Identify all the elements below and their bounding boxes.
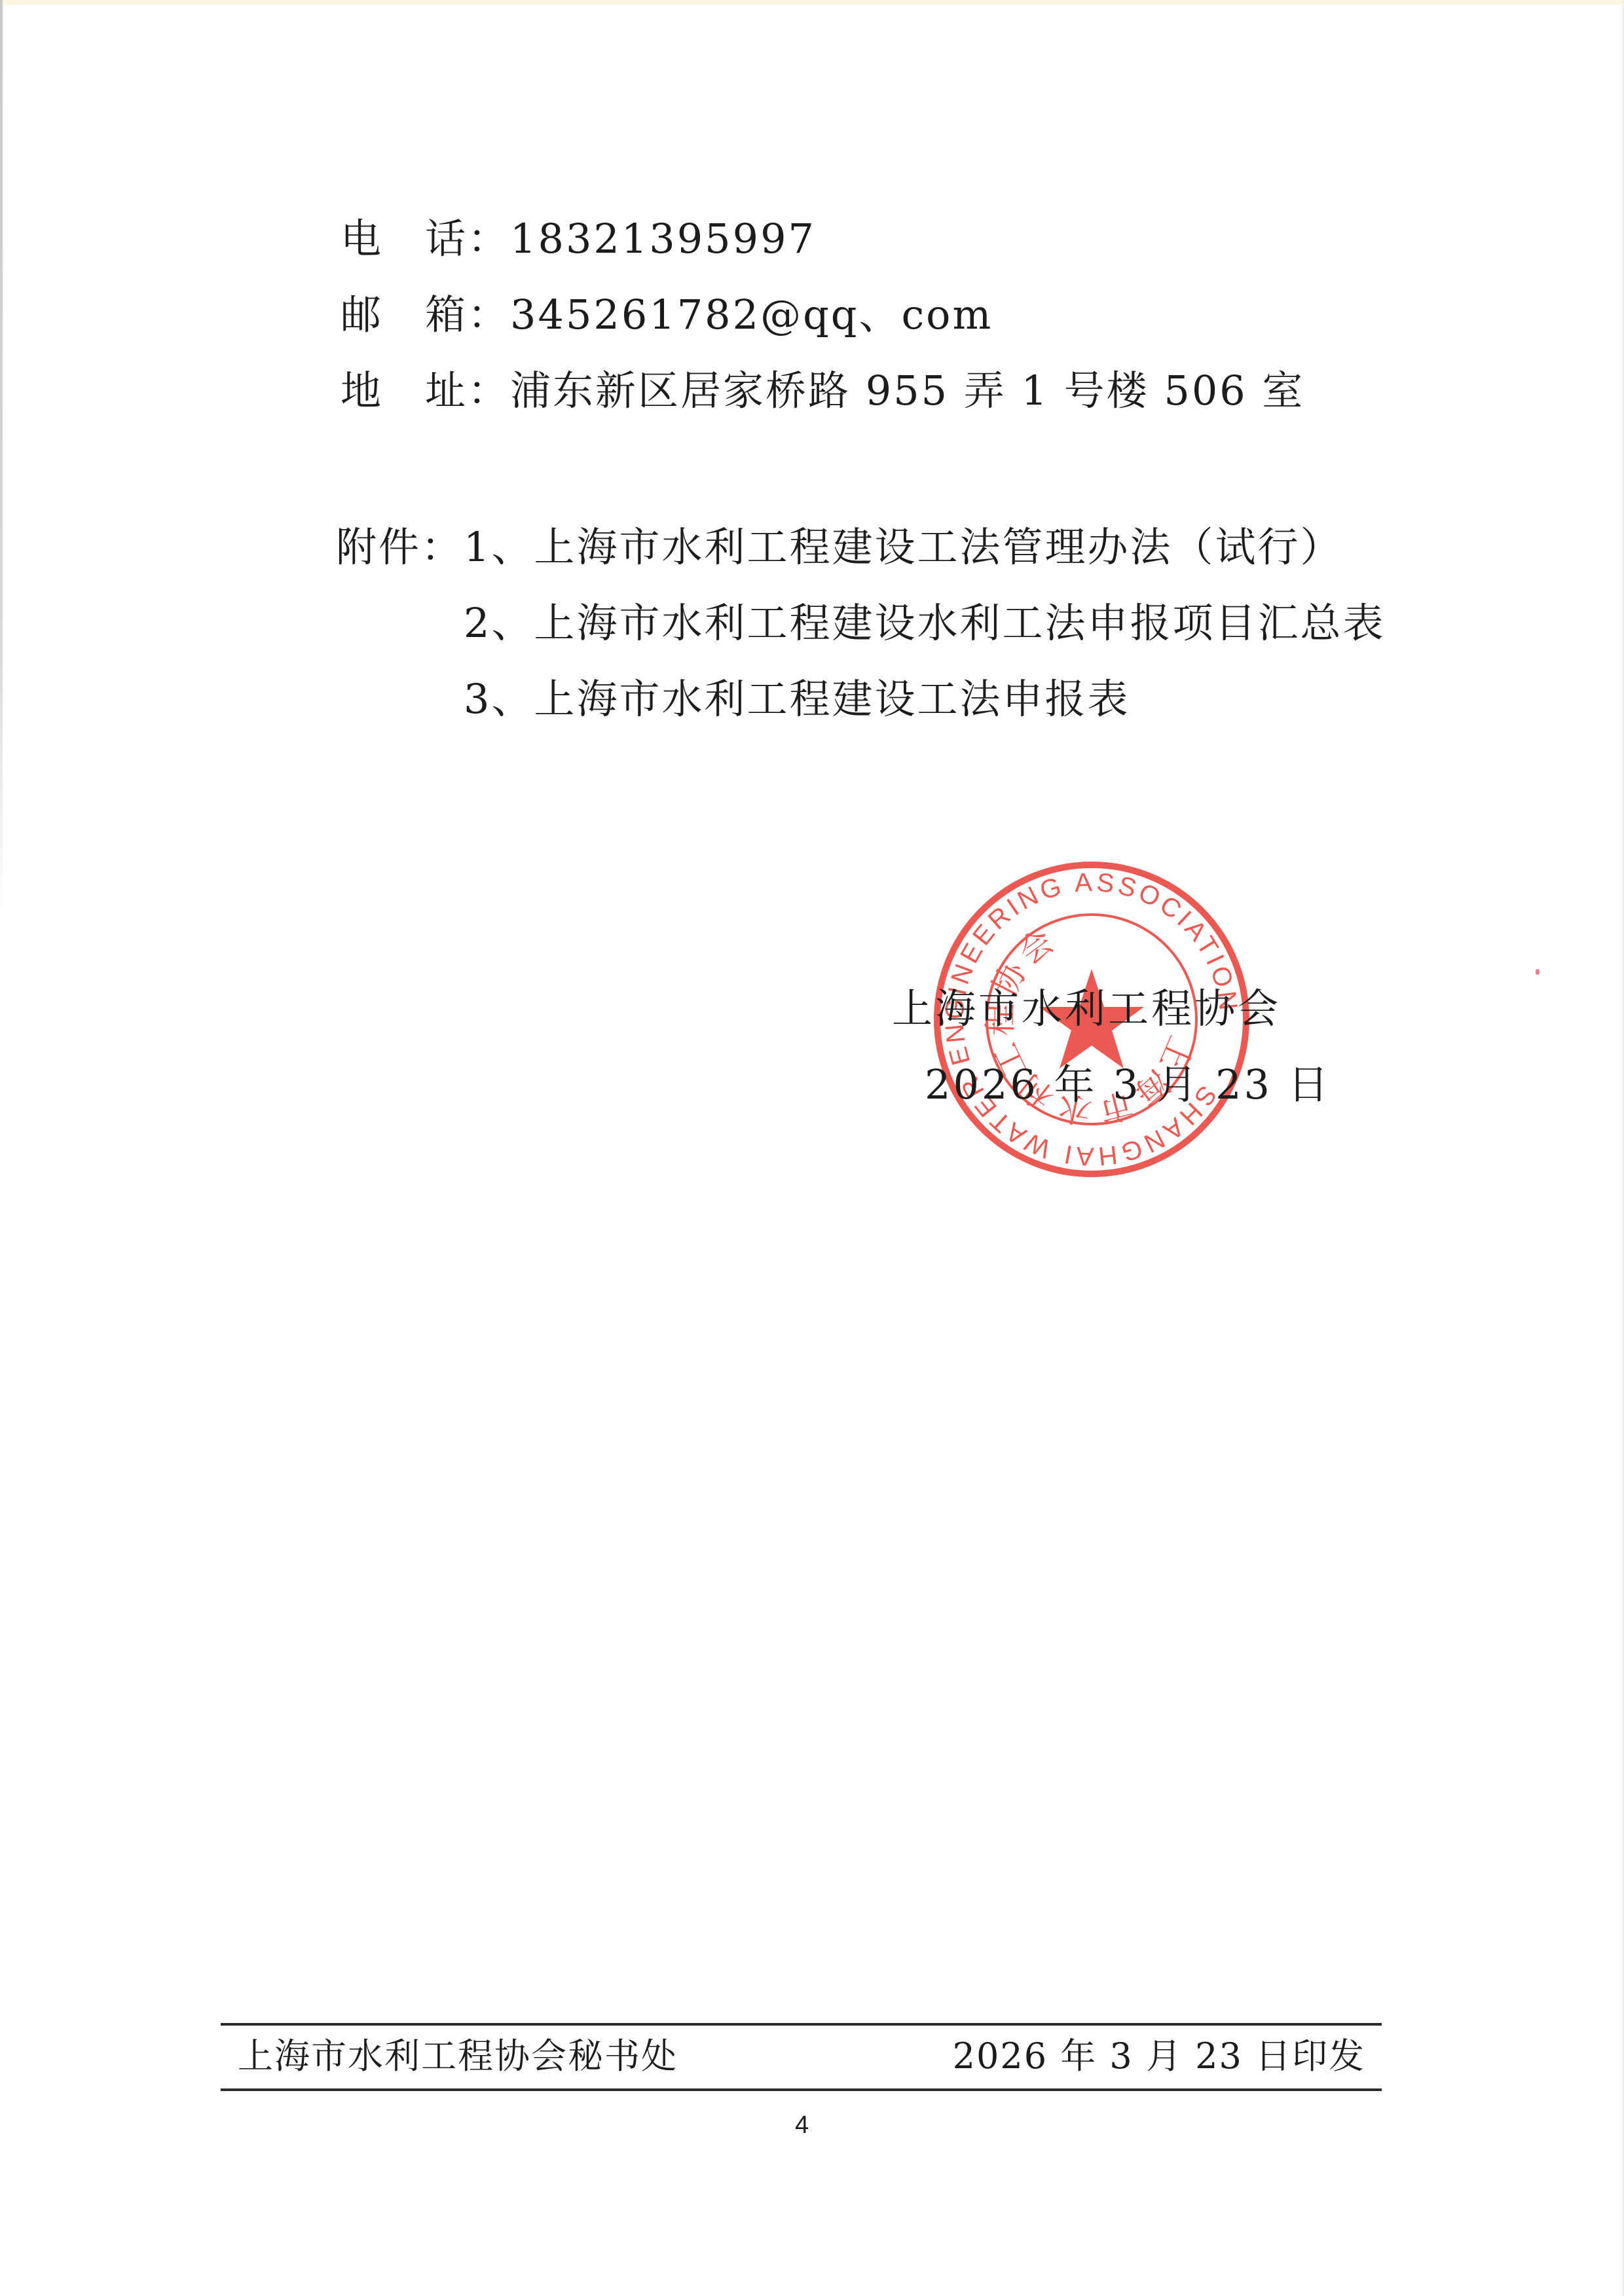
scan-top-band — [0, 0, 1624, 5]
phone-label: 电话： — [341, 219, 510, 259]
attachment-item-2: 2、上海市水利工程建设水利工法申报项目汇总表 — [464, 603, 1385, 644]
phone-label-char-2: 话 — [425, 215, 468, 263]
ink-speck — [1536, 969, 1540, 975]
email-label-char-1: 邮 — [341, 291, 383, 338]
attachment-item-3: 3、上海市水利工程建设工法申报表 — [464, 679, 1130, 720]
page-number: 4 — [795, 2112, 809, 2138]
phone-separator: ： — [468, 215, 510, 263]
email-label: 邮箱： — [341, 295, 510, 335]
footer-issuer: 上海市水利工程协会秘书处 — [238, 2038, 678, 2075]
contact-email-line: 邮箱：345261782@qq、com — [341, 295, 993, 335]
footer-issue-date: 2026 年 3 月 23 日印发 — [953, 2038, 1365, 2075]
signature-date: 2026 年 3 月 23 日 — [925, 1065, 1331, 1105]
address-label: 地址： — [341, 371, 510, 411]
phone-label-char-1: 电 — [341, 215, 383, 263]
address-separator: ： — [468, 367, 510, 414]
address-label-char-2: 址 — [425, 367, 468, 414]
attachments-heading: 附件： — [336, 523, 464, 571]
email-separator: ： — [468, 291, 510, 338]
attachment-item-1: 1、上海市水利工程建设工法管理办法（试行） — [464, 523, 1342, 571]
address-value: 浦东新区居家桥路 955 弄 1 号楼 506 室 — [510, 367, 1304, 414]
signature-organization: 上海市水利工程协会 — [892, 989, 1281, 1029]
contact-address-line: 地址：浦东新区居家桥路 955 弄 1 号楼 506 室 — [341, 371, 1304, 411]
phone-value: 18321395997 — [510, 215, 816, 263]
footer-rule-bottom — [221, 2088, 1382, 2091]
footer-rule-top — [221, 2023, 1382, 2026]
attachments-line-1: 附件：1、上海市水利工程建设工法管理办法（试行） — [336, 527, 1342, 568]
email-label-char-2: 箱 — [425, 291, 468, 338]
email-value: 345261782@qq、com — [510, 291, 993, 338]
scan-left-edge — [0, 0, 3, 917]
contact-phone-line: 电话：18321395997 — [341, 219, 816, 259]
address-label-char-1: 地 — [341, 367, 383, 414]
